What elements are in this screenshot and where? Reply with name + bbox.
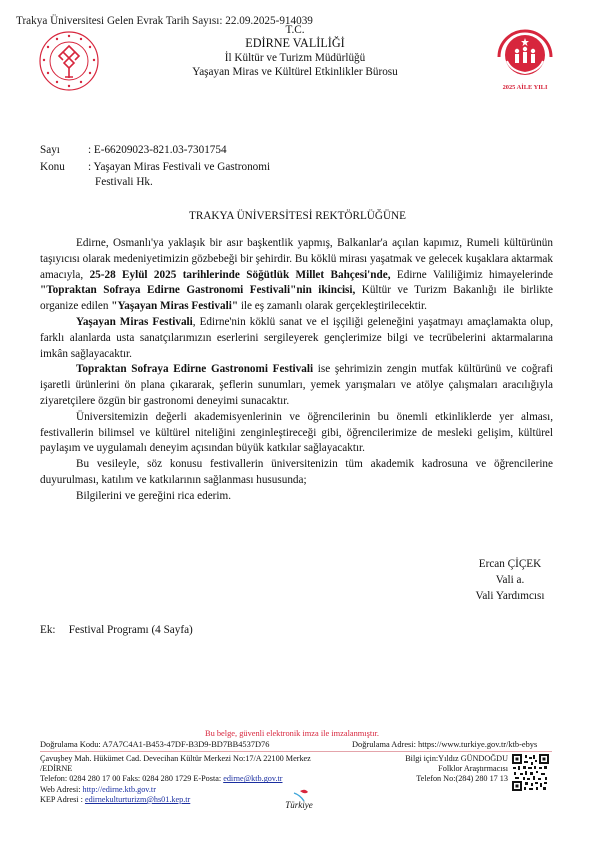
contact-phone: Telefon No:(284) 280 17 13 — [380, 774, 508, 784]
address-line-2: /EDİRNE — [40, 764, 350, 774]
header-bureau: Yaşayan Miras ve Kültürel Etkinlikler Bü… — [140, 66, 450, 80]
attachment-line: Ek: Festival Programı (4 Sayfa) — [40, 624, 193, 636]
signatory-title-2: Vali Yardımcısı — [440, 588, 580, 604]
signatory-title-1: Vali a. — [440, 572, 580, 588]
bold-run: "Yaşayan Miras Festivali" — [111, 300, 238, 312]
addressee: TRAKYA ÜNİVERSİTESİ REKTÖRLÜĞÜNE — [0, 210, 595, 222]
web-label: Web Adresi: — [40, 785, 83, 794]
subject-value-line2: Festivali Hk. — [95, 175, 153, 189]
attachment-value: Festival Programı (4 Sayfa) — [69, 624, 193, 636]
verification-code: Doğrulama Kodu: A7A7C4A1-B453-47DF-B3D9-… — [40, 740, 269, 749]
kep-label: KEP Adresi : — [40, 795, 85, 804]
address-line-1: Çavuşbey Mah. Hükümet Cad. Devecihan Kül… — [40, 754, 350, 764]
family-year-emblem-icon: 2025 AİLE YILI — [493, 27, 557, 93]
turkiye-brand-logo-icon: Türkiye — [274, 787, 324, 813]
signature-block: Ercan ÇİÇEK Vali a. Vali Yardımcısı — [440, 556, 580, 604]
phone-line: Telefon: 0284 280 17 00 Faks: 0284 280 1… — [40, 774, 350, 784]
phone-fax-text: Telefon: 0284 280 17 00 Faks: 0284 280 1… — [40, 774, 223, 783]
paragraph-closing: Bilgilerini ve gereğini rica ederim. — [40, 489, 553, 505]
web-link[interactable]: http://edirne.ktb.gov.tr — [83, 785, 156, 794]
bold-run: Yaşayan Miras Festivali — [76, 316, 193, 328]
ministry-emblem-icon — [38, 30, 100, 92]
document-number-row: Sayı : E-66209023-821.03-7301754 — [40, 143, 340, 159]
signatory-name: Ercan ÇİÇEK — [440, 556, 580, 572]
kep-link[interactable]: edirnekulturturizm@hs01.kep.tr — [85, 795, 190, 804]
subject-row: Konu : Yaşayan Miras Festivali ve Gastro… — [40, 160, 340, 192]
attachment-label: Ek: — [40, 624, 66, 636]
email-link[interactable]: edirne@ktb.gov.tr — [223, 774, 282, 783]
header-directorate: İl Kültür ve Turizm Müdürlüğü — [140, 52, 450, 66]
document-number-label: Sayı — [40, 143, 60, 157]
subject-label: Konu — [40, 160, 65, 174]
paragraph-festival-intro: Edirne, Osmanlı'ya yaklaşık bir asır baş… — [40, 236, 553, 315]
letter-body: Edirne, Osmanlı'ya yaklaşık bir asır baş… — [40, 236, 553, 505]
paragraph-gastronomy: Topraktan Sofraya Edirne Gastronomi Fest… — [40, 362, 553, 409]
footer-divider — [40, 751, 552, 752]
qr-code-icon — [512, 754, 549, 791]
bold-run: Topraktan Sofraya Edirne Gastronomi Fest… — [76, 363, 313, 375]
paragraph-living-heritage: Yaşayan Miras Festivali, Edirne'nin kökl… — [40, 315, 553, 362]
contact-role: Folklor Araştırmacısı — [380, 764, 508, 774]
contact-person: Bilgi için:Yıldız GÜNDOĞDU — [380, 754, 508, 764]
text-run: Edirne Valiliğimiz himayelerinde — [391, 269, 553, 281]
bold-run: "Topraktan Sofraya Edirne Gastronomi Fes… — [40, 284, 355, 296]
text-run: ile eş zamanlı olarak gerçekleştirilecek… — [238, 300, 427, 312]
paragraph-request: Bu vesileyle, söz konusu festivallerin ü… — [40, 457, 553, 489]
svg-text:Türkiye: Türkiye — [285, 800, 313, 810]
verification-address[interactable]: Doğrulama Adresi: https://www.turkiye.go… — [352, 740, 537, 749]
subject-value-line1: : Yaşayan Miras Festivali ve Gastronomi — [88, 160, 270, 174]
family-year-caption: 2025 AİLE YILI — [503, 84, 548, 91]
bold-run: 25-28 Eylül 2025 tarihlerinde Söğütlük M… — [90, 269, 391, 281]
header-governorship: EDİRNE VALİLİĞİ — [140, 37, 450, 51]
esign-note: Bu belge, güvenli elektronik imza ile im… — [205, 729, 379, 738]
contact-block: Bilgi için:Yıldız GÜNDOĞDU Folklor Araşt… — [380, 754, 508, 785]
paragraph-university-participation: Üniversitemizin değerli akademisyenlerin… — [40, 410, 553, 457]
document-number-value: : E-66209023-821.03-7301754 — [88, 143, 227, 157]
